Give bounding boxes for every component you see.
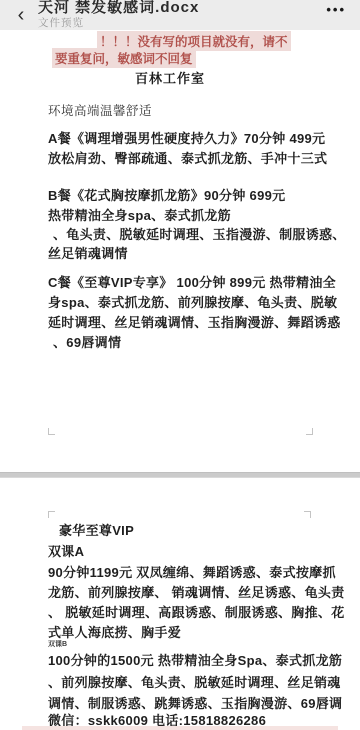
file-preview-screen: ‹ 天河 禁发敏感词.docx 文件预览 ••• ！！！没有写的项目就没有，请不… — [0, 0, 360, 730]
doc-line-course-b-label: 双课B — [48, 639, 67, 649]
page-divider — [0, 472, 360, 478]
doc-line-course-a: 90分钟1199元 双凤缠绵、舞蹈诱惑、泰式按摩抓 — [48, 562, 336, 581]
doc-line-meal-a-title: A餐《调理增强男性硬度持久力》70分钟 499元 — [48, 128, 325, 147]
doc-line-meal-c: C餐《至尊VIP专享》 100分钟 899元 热带精油全 — [48, 272, 336, 291]
top-bar: ‹ 天河 禁发敏感词.docx 文件预览 ••• — [0, 0, 360, 30]
page-margin-mark — [48, 428, 55, 435]
more-menu-icon[interactable]: ••• — [326, 2, 346, 17]
back-icon[interactable]: ‹ — [8, 1, 34, 29]
notice-highlight-line: 要重复问，敏感词不回复 — [52, 48, 196, 68]
doc-line-meal-b: 热带精油全身spa、泰式抓龙筋 — [48, 205, 231, 224]
doc-line-course-a: 式单人海底捞、胸手爱 — [48, 622, 181, 641]
studio-name: 百林工作室 — [0, 68, 340, 87]
cutoff-highlight-line — [22, 726, 338, 730]
doc-line-course-a-label: 双课A — [48, 541, 84, 560]
doc-line-meal-b: 丝足销魂调情 — [48, 243, 128, 262]
doc-line-course-b: 100分钟的1500元 热带精油全身Spa、泰式抓龙筋 — [48, 650, 342, 669]
doc-line-meal-c: 、69唇调情 — [53, 332, 121, 351]
doc-line-meal-c: 身spa、泰式抓龙筋、前列腺按摩、龟头责、脱敏 — [48, 292, 337, 311]
tagline: 环境高端温馨舒适 — [48, 101, 152, 119]
doc-line-course-b: 、前列腺按摩、龟头责、脱敏延时调理、丝足销魂 — [48, 672, 341, 691]
doc-line-meal-c: 延时调理、丝足销魂调情、玉指胸漫游、舞蹈诱惑 — [48, 312, 341, 331]
doc-line-meal-b-title: B餐《花式胸按摩抓龙筋》90分钟 699元 — [48, 185, 285, 204]
page-margin-mark — [304, 511, 311, 518]
doc-line-meal-b: 、龟头责、脱敏延时调理、玉指漫游、制服诱惑、 — [53, 224, 346, 243]
doc-line-course-a: 龙筋、前列腺按摩、 销魂调情、丝足诱惑、龟头责 — [48, 582, 345, 601]
page-margin-mark — [48, 511, 55, 518]
file-preview-label: 文件预览 — [38, 15, 84, 30]
doc-line-vip-title: 豪华至尊VIP — [59, 520, 134, 539]
doc-line-meal-a-items: 放松肩劲、臀部疏通、泰式抓龙筋、手冲十三式 — [48, 148, 327, 167]
doc-line-course-a: 、 脱敏延时调理、高跟诱惑、制服诱惑、胸推、花 — [48, 602, 345, 621]
document-preview-area[interactable]: ！！！没有写的项目就没有，请不 要重复问，敏感词不回复 百林工作室 环境高端温馨… — [0, 30, 360, 730]
page-margin-mark — [306, 428, 313, 435]
